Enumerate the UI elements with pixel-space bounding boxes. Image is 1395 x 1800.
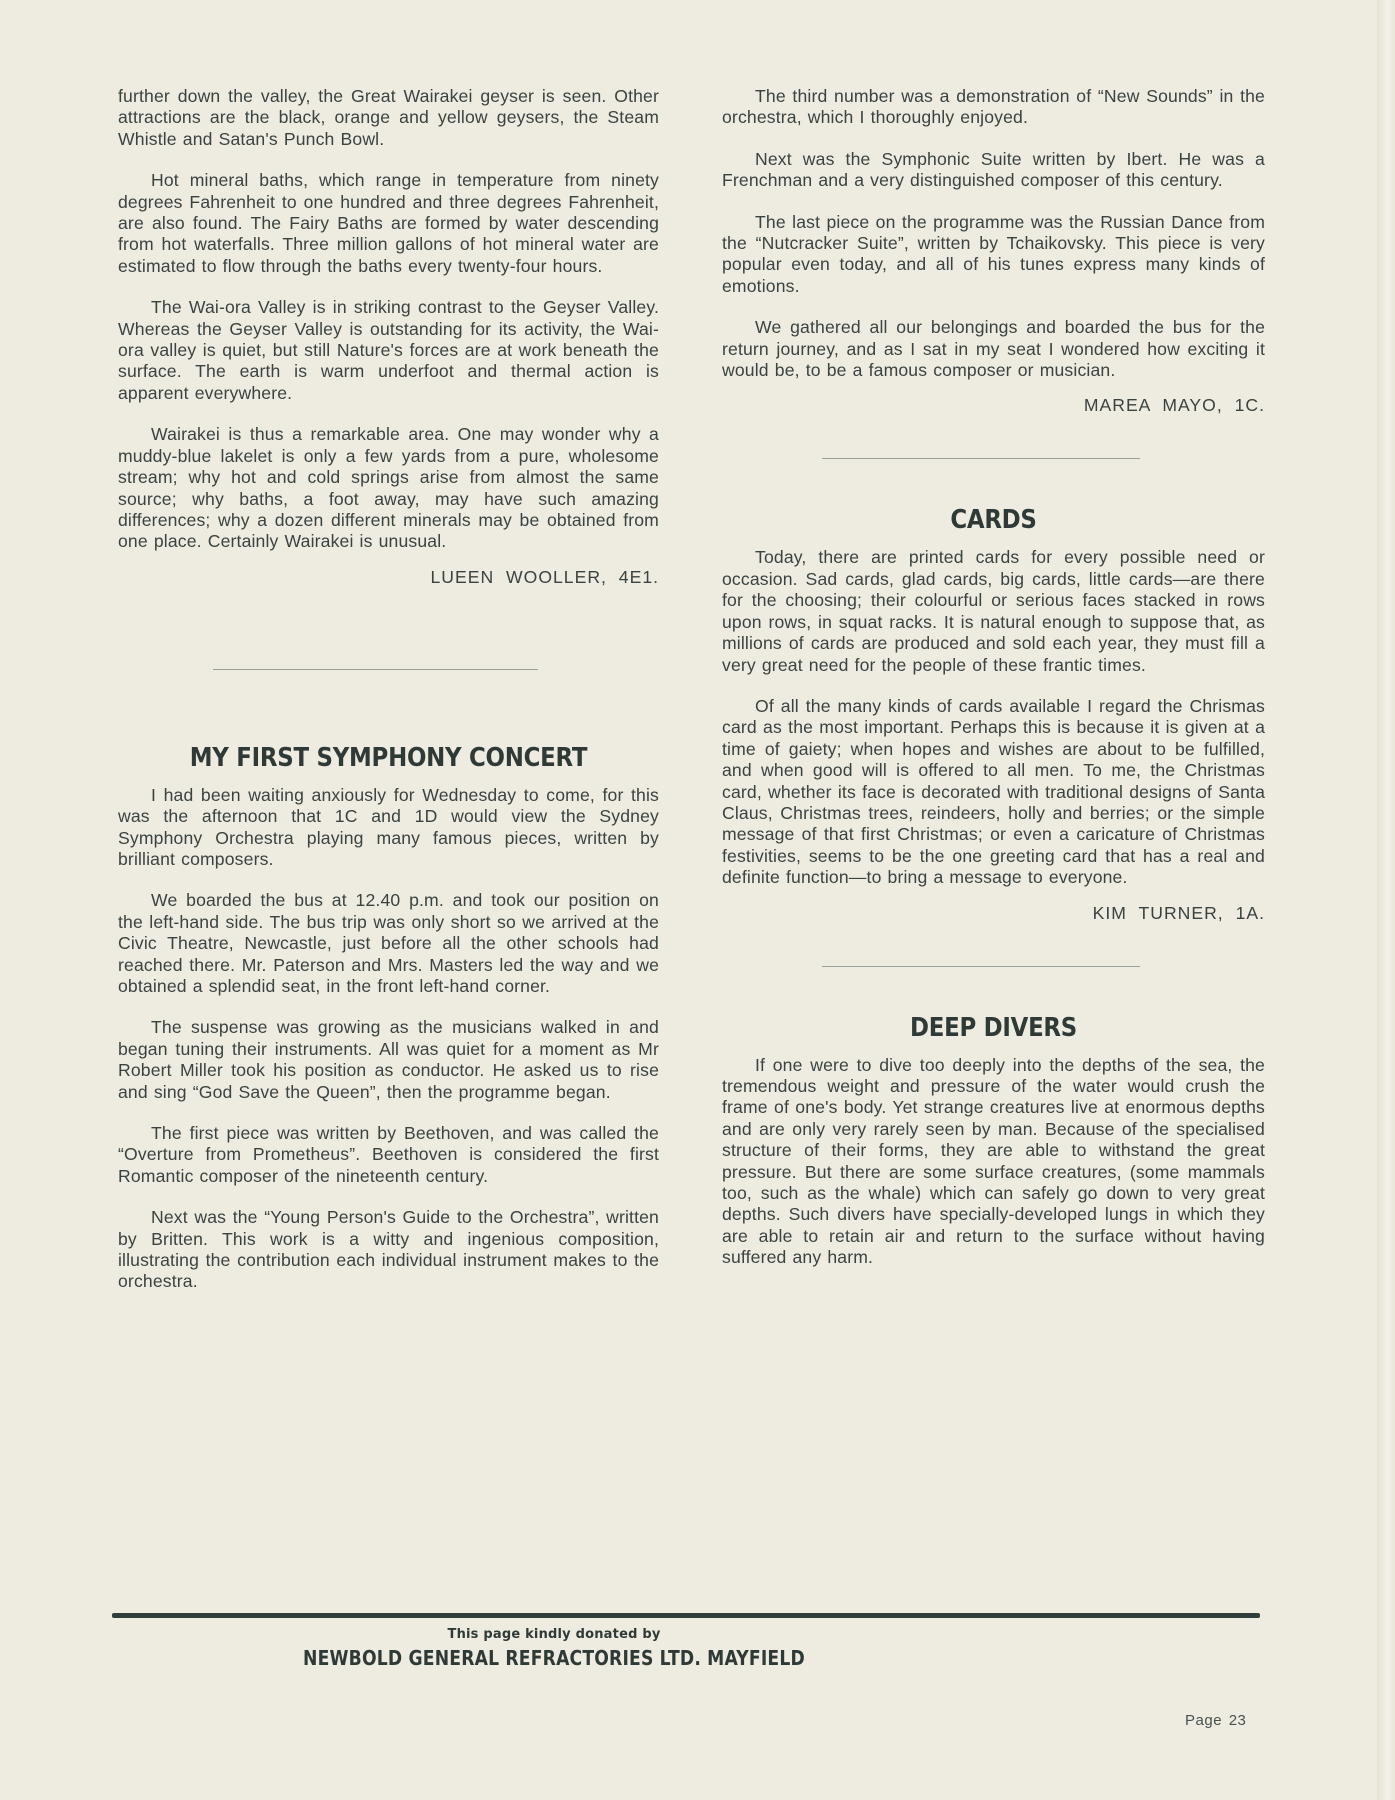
paragraph: We boarded the bus at 12.40 p.m. and too… xyxy=(118,890,659,997)
paragraph: Wairakei is thus a remarkable area. One … xyxy=(118,424,659,552)
paragraph: Hot mineral baths, which range in temper… xyxy=(118,170,659,277)
author-signature: LUEEN WOOLLER, 4E1. xyxy=(118,567,659,588)
paragraph: The last piece on the programme was the … xyxy=(722,212,1265,298)
paragraph: The suspense was growing as the musician… xyxy=(118,1017,659,1103)
paragraph: Today, there are printed cards for every… xyxy=(722,547,1265,675)
donation-note: This page kindly donated by xyxy=(0,1627,1108,1642)
paragraph: Next was the “Young Person's Guide to th… xyxy=(118,1207,659,1293)
right-column: The third number was a demonstration of … xyxy=(722,86,1265,1289)
left-column: further down the valley, the Great Waira… xyxy=(118,86,659,1313)
symphony-article-continuation: The third number was a demonstration of … xyxy=(722,86,1265,416)
paragraph: further down the valley, the Great Waira… xyxy=(118,86,659,150)
paragraph: We gathered all our belongings and board… xyxy=(722,317,1265,381)
author-signature: KIM TURNER, 1A. xyxy=(722,903,1265,924)
paragraph: The first piece was written by Beethoven… xyxy=(118,1123,659,1187)
article-title: CARDS xyxy=(755,505,1233,535)
paragraph: Of all the many kinds of cards available… xyxy=(722,696,1265,889)
article-title: MY FIRST SYMPHONY CONCERT xyxy=(150,743,626,773)
paragraph: The third number was a demonstration of … xyxy=(722,86,1265,129)
page-number: Page 23 xyxy=(1185,1712,1246,1729)
page-edge xyxy=(1377,0,1395,1800)
section-divider xyxy=(822,458,1140,459)
wairakei-article-continuation: further down the valley, the Great Waira… xyxy=(118,86,659,588)
paragraph: The Wai-ora Valley is in striking contra… xyxy=(118,297,659,404)
section-divider xyxy=(213,669,538,670)
paragraph: If one were to dive too deeply into the … xyxy=(722,1055,1265,1269)
article-title: DEEP DIVERS xyxy=(755,1013,1233,1043)
sponsor-name: NEWBOLD GENERAL REFRACTORIES LTD. MAYFIE… xyxy=(78,1646,1031,1670)
section-divider xyxy=(822,966,1140,967)
paragraph: Next was the Symphonic Suite written by … xyxy=(722,149,1265,192)
paragraph: I had been waiting anxiously for Wednesd… xyxy=(118,785,659,871)
author-signature: MAREA MAYO, 1C. xyxy=(722,395,1265,416)
footer-rule xyxy=(112,1613,1260,1618)
cards-article: CARDS Today, there are printed cards for… xyxy=(722,505,1265,923)
deep-divers-article: DEEP DIVERS If one were to dive too deep… xyxy=(722,1013,1265,1269)
symphony-article: MY FIRST SYMPHONY CONCERT I had been wai… xyxy=(118,743,659,1293)
